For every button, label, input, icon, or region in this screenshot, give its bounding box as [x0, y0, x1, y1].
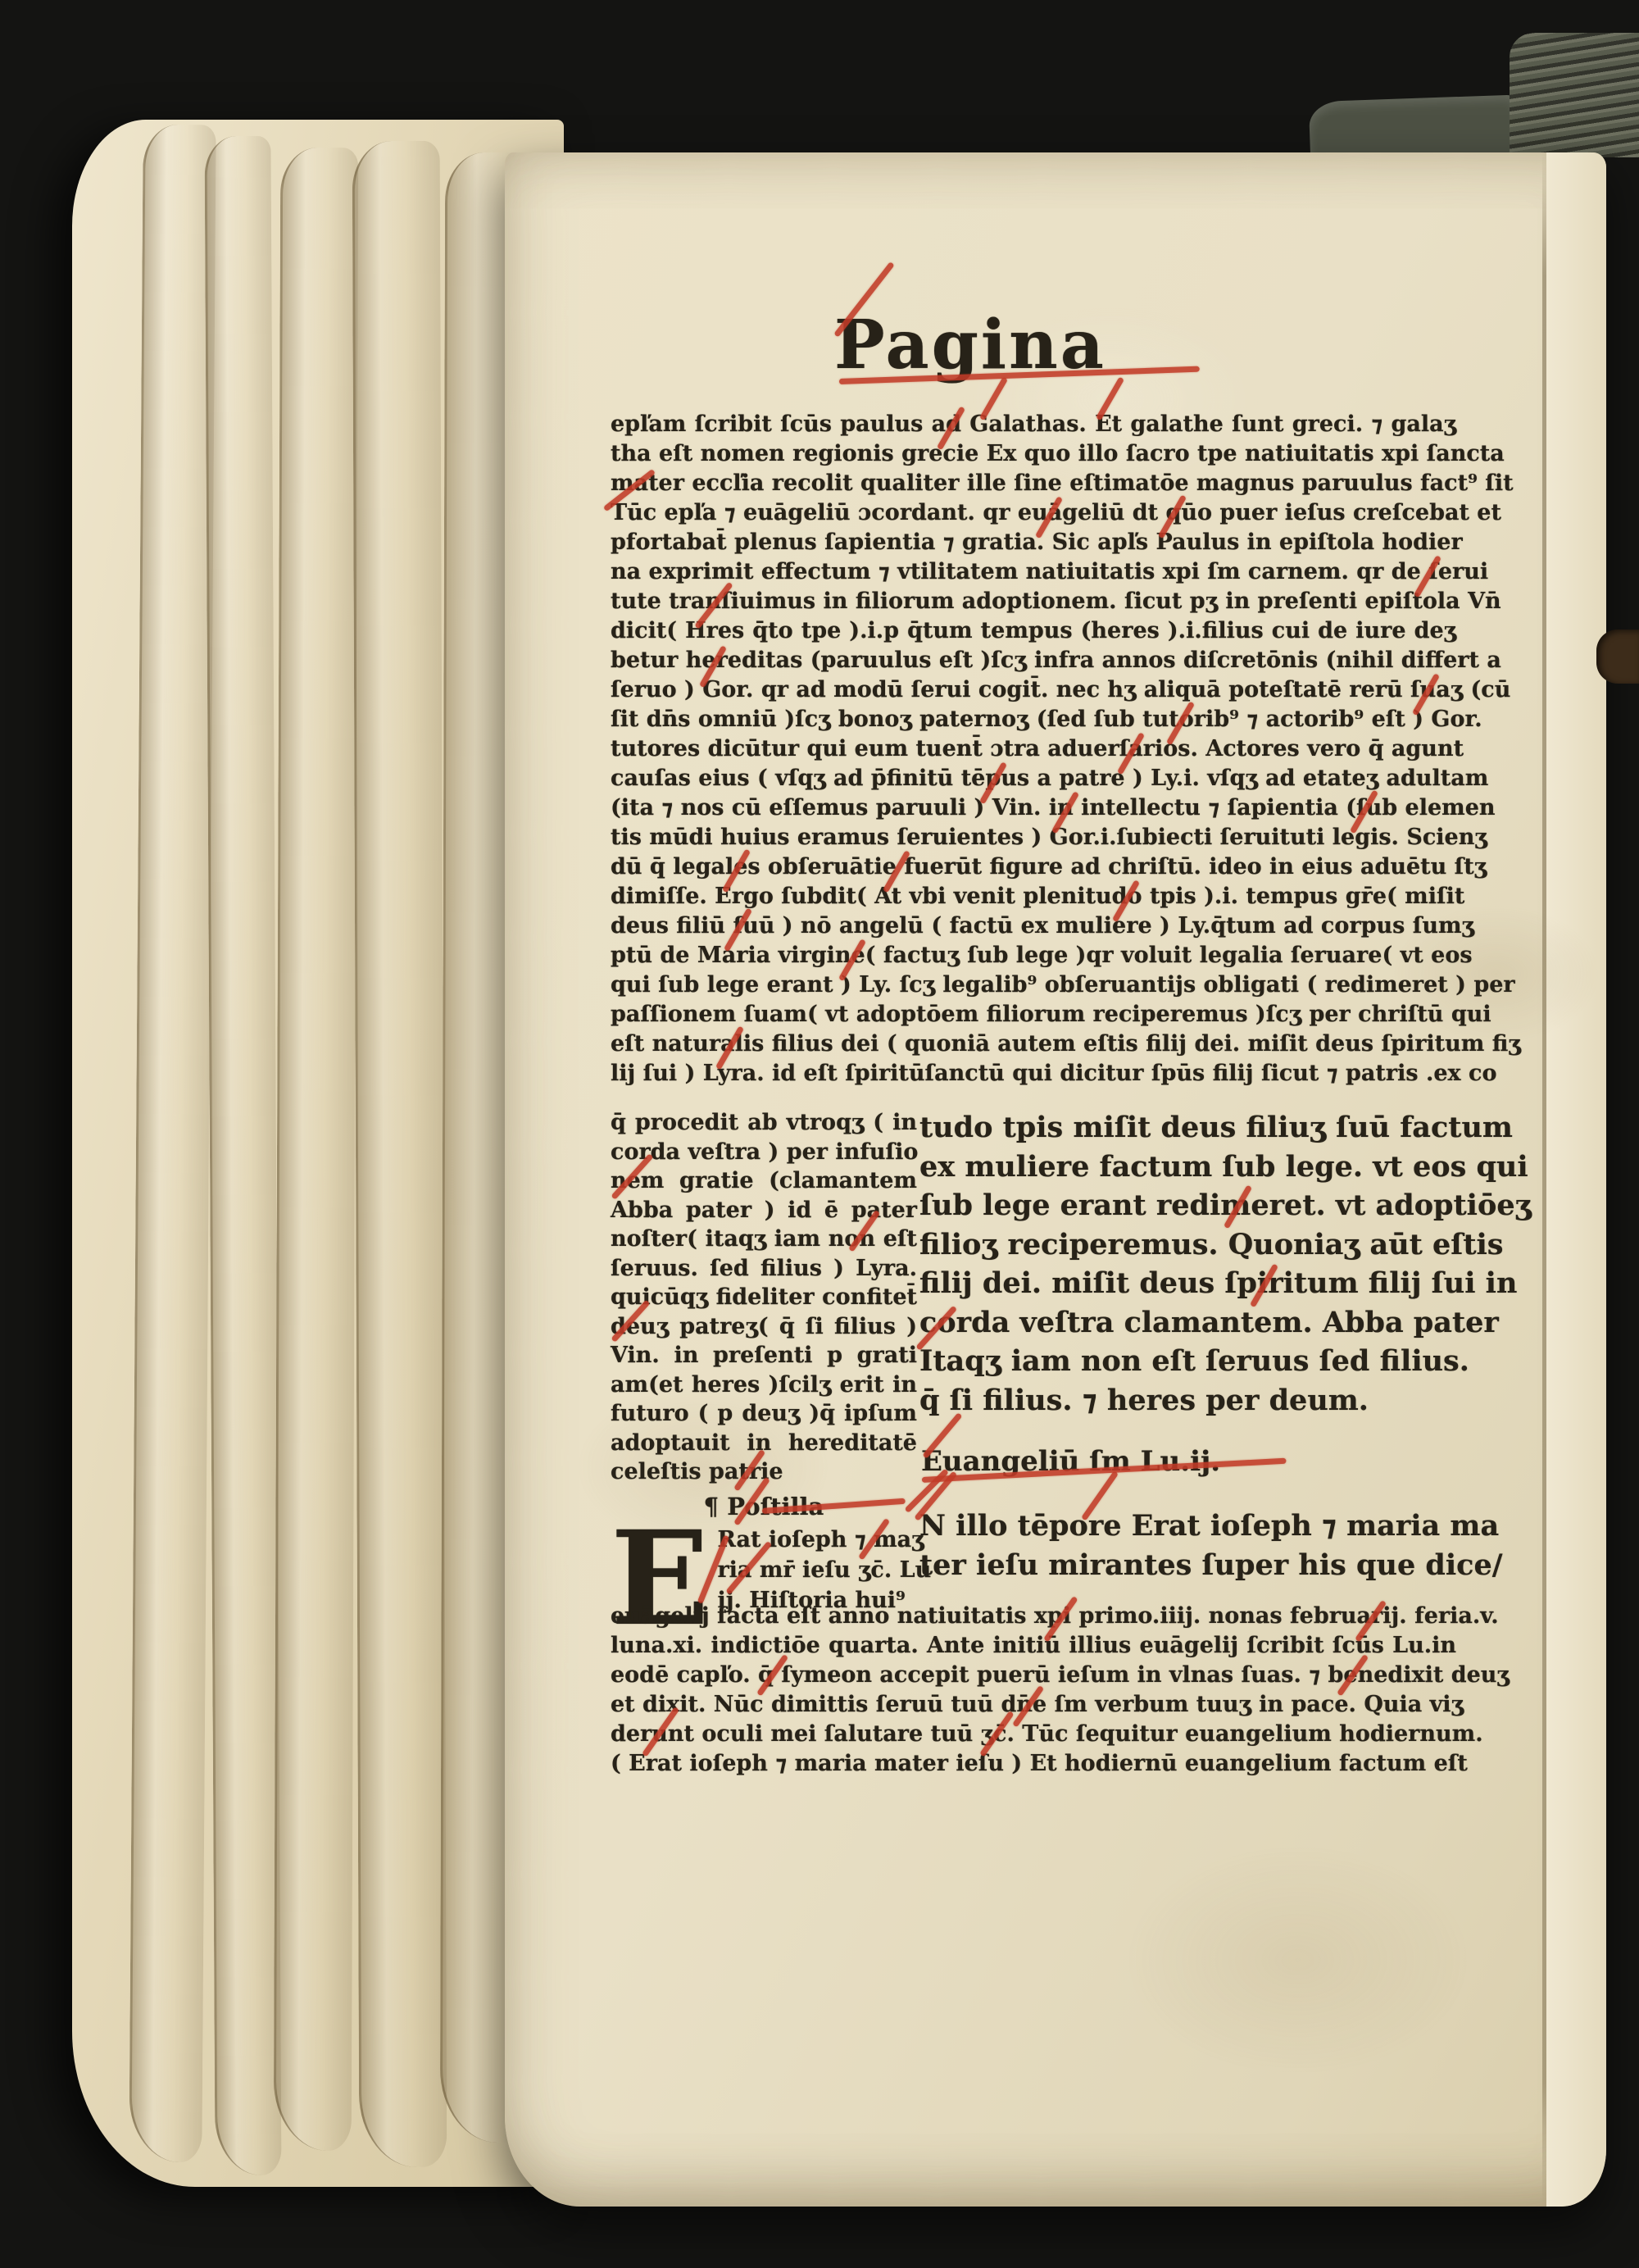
- text-line: tha eſt nomen regionis grecie Ex quo ill…: [611, 439, 1456, 469]
- text-line: filioʒ reciperemus. Quoniaʒ aūt eſtis: [919, 1225, 1454, 1265]
- page-edge-ridge: [274, 148, 359, 2151]
- text-line: dicit( Hres q̄to tpe ).i.p q̄tum tempus …: [611, 616, 1456, 646]
- text-line: noſter( itaqʒ iam non eſt: [611, 1225, 917, 1254]
- text-line: epľam ſcribit ſcūs paulus ad Galathas. E…: [611, 410, 1456, 439]
- page-curl-strip: [1546, 152, 1606, 2207]
- text-line: euāgelij facta eſt anno natiuitatis xpi …: [611, 1602, 1456, 1631]
- page-edge-ridge: [129, 125, 216, 2163]
- gospel-incipit: N illo tēpore Erat ioſeph ⁊ maria mater …: [919, 1507, 1454, 1585]
- text-line: q̄ ſi filius. ⁊ heres per deum.: [919, 1381, 1454, 1420]
- commentary-top-block: epľam ſcribit ſcūs paulus ad Galathas. E…: [611, 410, 1456, 1089]
- gloss-right-column: tudo tpis miſit deus filiuʒ ſuū factumex…: [919, 1108, 1454, 1420]
- book-fore-edge: [1510, 33, 1639, 157]
- text-line: cauſas eius ( vſqʒ ad p̄finitū tēpus a p…: [611, 764, 1456, 793]
- text-line: pfortabat̄ plenus ſapientia ⁊ gratia. Si…: [611, 528, 1456, 557]
- binding-notch: [1596, 629, 1639, 684]
- text-line: quicūqʒ fideliter confitet̄: [611, 1283, 917, 1312]
- text-line: mater eccľia recolit qualiter ille ſine …: [611, 469, 1456, 498]
- text-line: q̄ procedit ab vtroqʒ ( in: [611, 1108, 917, 1138]
- text-line: futuro ( p deuʒ )q̄ ipſum: [611, 1399, 917, 1429]
- text-line: ſeruus. ſed filius ) Lyra.: [611, 1254, 917, 1284]
- text-line: et dixit. Nūc dimittis ſeruū tuū dn̄e ſm…: [611, 1690, 1456, 1720]
- text-line: eſt naturalis filius dei ( quoniā autem …: [611, 1029, 1456, 1059]
- text-line: tute tranſiuimus in filiorum adoptionem.…: [611, 587, 1456, 616]
- page-stack-edges: [72, 120, 564, 2187]
- text-line: Itaqʒ iam non eſt ſeruus ſed filius.: [919, 1342, 1454, 1381]
- text-line: deuʒ patreʒ( q̄ ſi filius ): [611, 1312, 917, 1342]
- text-line: ſeruo ) Gor. qr ad modū ſerui cogit̄. ne…: [611, 675, 1456, 705]
- text-line: luna.xi. indictiōe quarta. Ante initiū i…: [611, 1631, 1456, 1661]
- text-line: filij dei. miſit deus ſpiritum filij ſui…: [919, 1264, 1454, 1303]
- text-line: N illo tēpore Erat ioſeph ⁊ maria ma: [919, 1507, 1454, 1546]
- text-line: (ita ⁊ nos cū eſſemus paruuli ) Vin. in …: [611, 793, 1456, 823]
- text-line: ſub lege erant redimeret. vt adoptiōeʒ: [919, 1186, 1454, 1225]
- text-line: dū q̄ legales obſeruātie fuerūt figure a…: [611, 852, 1456, 882]
- text-line: adoptauit in hereditatē: [611, 1429, 917, 1458]
- text-line: paſſionem ſuam( vt adoptōem filiorum rec…: [611, 1000, 1456, 1029]
- left-column-lines: q̄ procedit ab vtroqʒ ( incorda veſtra )…: [611, 1108, 917, 1487]
- text-line: Tūc epľa ⁊ euāgeliū ɔcordant. qr euāgeli…: [611, 498, 1456, 528]
- text-line: Abba pater ) id ē pater: [611, 1196, 917, 1225]
- text-line: ptū de Maria virgine( factuʒ ſub lege )q…: [611, 941, 1456, 970]
- text-line: dimiſſe. Ergo ſubdit( At vbi venit pleni…: [611, 882, 1456, 911]
- text-line: betur hereditas (paruulus eſt )ſcʒ infra…: [611, 646, 1456, 675]
- text-line: corda veſtra ) per infuſio: [611, 1138, 917, 1167]
- text-line: eodē capľo. q̄ ſymeon accepit puerū ieſu…: [611, 1661, 1456, 1690]
- text-line: ſit dn̄s omniū )ſcʒ bonoʒ paternoʒ (ſed …: [611, 705, 1456, 734]
- text-line: na exprimit effectum ⁊ vtilitatem natiui…: [611, 557, 1456, 587]
- text-line: nem gratie (clamantem: [611, 1166, 917, 1196]
- text-line: lij ſui ) Lyra. id eſt ſpiritūſanctū qui…: [611, 1059, 1456, 1089]
- text-line: am(et heres )ſcilʒ erit in: [611, 1370, 917, 1400]
- text-line: deus filiū ſuū ) nō angelū ( factū ex mu…: [611, 911, 1456, 941]
- text-line: celeſtis patrie: [611, 1457, 917, 1487]
- text-line: tis mūdi huius eramus ſeruientes ) Gor.i…: [611, 823, 1456, 852]
- gospel-heading: Euangeliū ſm Lu.ij.: [921, 1448, 1220, 1475]
- page-edge-ridge: [352, 141, 447, 2167]
- text-line: qui ſub lege erant ) Ly. ſcʒ legalib⁹ ob…: [611, 970, 1456, 1000]
- text-line: ( Erat ioſeph ⁊ maria mater ieſu ) Et ho…: [611, 1749, 1456, 1779]
- running-title: Pagina: [834, 311, 1106, 379]
- commentary-bottom-block: euāgelij facta eſt anno natiuitatis xpi …: [611, 1602, 1456, 1779]
- commentary-left-column: q̄ procedit ab vtroqʒ ( incorda veſtra )…: [611, 1108, 917, 1628]
- text-line: tudo tpis miſit deus filiuʒ ſuū factum: [919, 1108, 1454, 1148]
- page-edge-ridge: [204, 136, 281, 2175]
- photo-backdrop: Pagina epľam ſcribit ſcūs paulus ad Gala…: [0, 0, 1639, 2268]
- text-line: Vin. in preſenti p grati: [611, 1341, 917, 1370]
- page-crease: [1542, 152, 1546, 2207]
- text-line: derunt oculi mei ſalutare tuū ʒc̄. Tūc ſ…: [611, 1720, 1456, 1749]
- text-line: tutores dicūtur qui eum tuent̄ ɔtra adue…: [611, 734, 1456, 764]
- text-line: ex muliere factum ſub lege. vt eos qui: [919, 1148, 1454, 1187]
- text-line: corda veſtra clamantem. Abba pater: [919, 1303, 1454, 1343]
- text-line: ter ieſu mirantes ſuper his que dice/: [919, 1546, 1454, 1585]
